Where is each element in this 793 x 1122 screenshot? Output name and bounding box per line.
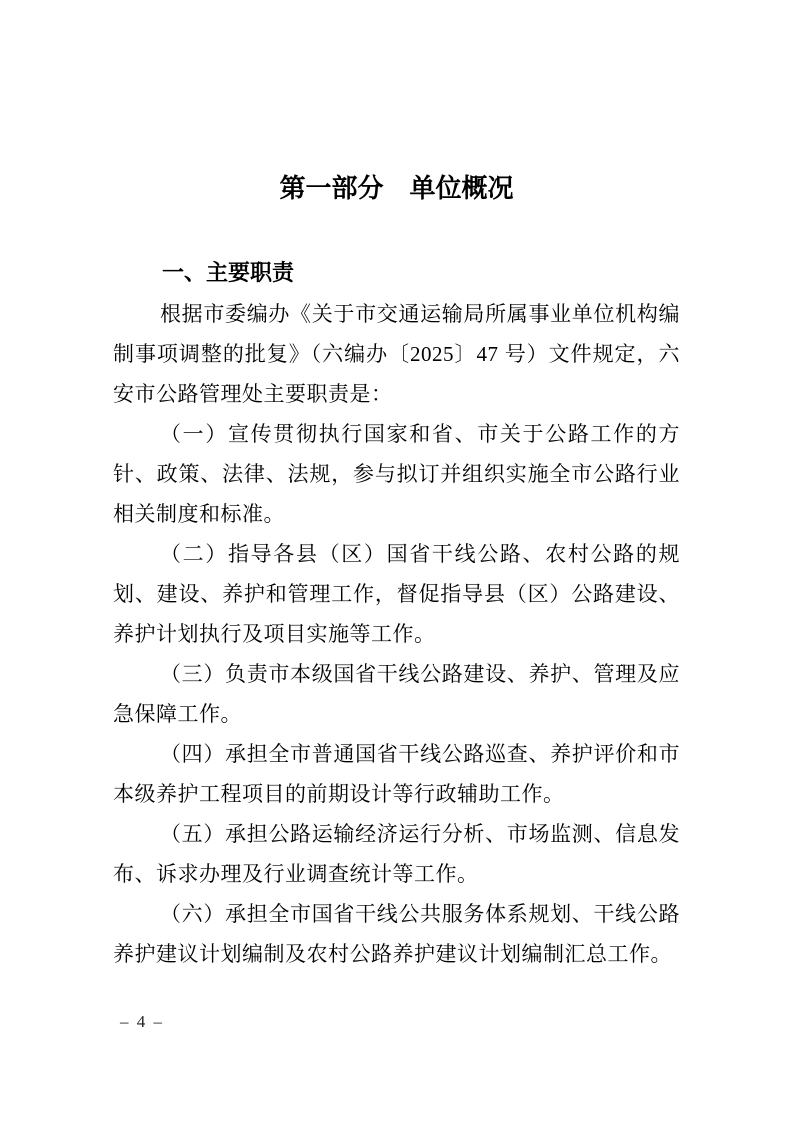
paragraph-duty-1: （一）宣传贯彻执行国家和省、市关于公路工作的方针、政策、法律、法规，参与拟订并组… xyxy=(113,414,680,534)
page-title: 第一部分 单位概况 xyxy=(113,170,680,206)
paragraph-duty-4: （四）承担全市普通国省干线公路巡查、养护评价和市本级养护工程项目的前期设计等行政… xyxy=(113,734,680,814)
paragraph-duty-6: （六）承担全市国省干线公共服务体系规划、干线公路养护建议计划编制及农村公路养护建… xyxy=(113,894,680,974)
section-body: 根据市委编办《关于市交通运输局所属事业单位机构编制事项调整的批复》（六编办〔20… xyxy=(113,294,680,974)
document-page: 第一部分 单位概况 一、主要职责 根据市委编办《关于市交通运输局所属事业单位机构… xyxy=(0,0,793,1122)
paragraph-intro: 根据市委编办《关于市交通运输局所属事业单位机构编制事项调整的批复》（六编办〔20… xyxy=(113,294,680,414)
section-heading-main-duties: 一、主要职责 xyxy=(113,258,680,288)
paragraph-duty-2: （二）指导各县（区）国省干线公路、农村公路的规划、建设、养护和管理工作，督促指导… xyxy=(113,534,680,654)
paragraph-duty-5: （五）承担公路运输经济运行分析、市场监测、信息发布、诉求办理及行业调查统计等工作… xyxy=(113,814,680,894)
page-number: – 4 – xyxy=(120,1012,164,1032)
paragraph-duty-3: （三）负责市本级国省干线公路建设、养护、管理及应急保障工作。 xyxy=(113,654,680,734)
document-content: 第一部分 单位概况 一、主要职责 根据市委编办《关于市交通运输局所属事业单位机构… xyxy=(113,0,680,974)
